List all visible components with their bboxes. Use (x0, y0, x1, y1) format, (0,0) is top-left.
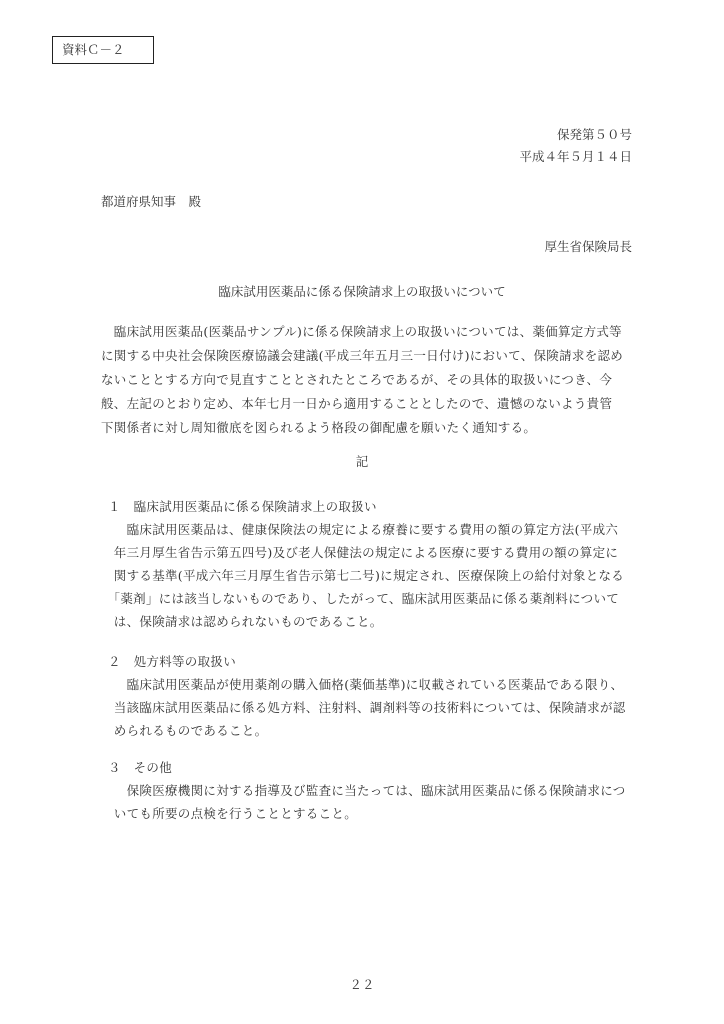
section-line: められるものであること。 (101, 721, 641, 739)
document-label-box: 資料Ｃ－２ (52, 36, 154, 64)
section-heading: ３ その他 (108, 758, 648, 776)
section-line: 関する基準(平成六年三月厚生省告示第七二号)に規定され、医療保険上の給付対象とな… (101, 566, 641, 584)
sender: 厚生省保険局長 (544, 237, 632, 255)
intro-line: 般、左記のとおり定め、本年七月一日から適用することとしたので、遺憾のないよう貴管 (101, 394, 641, 412)
section-line: 年三月厚生省告示第五四号)及び老人保健法の規定による医療に要する費用の額の算定に (101, 543, 641, 561)
intro-line: に関する中央社会保険医療協議会建議(平成三年五月三一日付け)において、保険請求を… (101, 346, 641, 364)
intro-line: 下関係者に対し周知徹底を図られるよう格段の御配慮を願いたく通知する。 (101, 418, 641, 436)
intro-line: ないこととする方向で見直すこととされたところであるが、その具体的取扱いにつき、今 (101, 370, 641, 388)
section-line: いても所要の点検を行うこととすること。 (101, 804, 641, 822)
section-line: 「薬剤」には該当しないものであり、したがって、臨床試用医薬品に係る薬剤料について (101, 589, 641, 607)
intro-line: 臨床試用医薬品(医薬品サンプル)に係る保険請求上の取扱いについては、薬価算定方式… (101, 322, 641, 340)
section-line: は、保険請求は認められないものであること。 (101, 612, 641, 630)
section-heading: １ 臨床試用医薬品に係る保険請求上の取扱い (108, 497, 648, 515)
section-line: 臨床試用医薬品は、健康保険法の規定による療養に要する費用の額の算定方法(平成六 (101, 520, 641, 538)
page-number: ２２ (0, 975, 724, 993)
document-title: 臨床試用医薬品に係る保険請求上の取扱いについて (0, 282, 724, 300)
addressee: 都道府県知事 殿 (101, 192, 201, 210)
section-line: 保険医療機関に対する指導及び監査に当たっては、臨床試用医薬品に係る保険請求につ (101, 781, 641, 799)
section-line: 当該臨床試用医薬品に係る処方料、注射料、調剤料等の技術料については、保険請求が認 (101, 698, 641, 716)
section-line: 臨床試用医薬品が使用薬剤の購入価格(薬価基準)に収載されている医薬品である限り、 (101, 675, 641, 693)
document-date: 平成４年５月１４日 (519, 147, 632, 165)
ki-heading: 記 (0, 452, 724, 470)
document-number: 保発第５０号 (557, 125, 632, 143)
section-heading: ２ 処方料等の取扱い (108, 652, 648, 670)
